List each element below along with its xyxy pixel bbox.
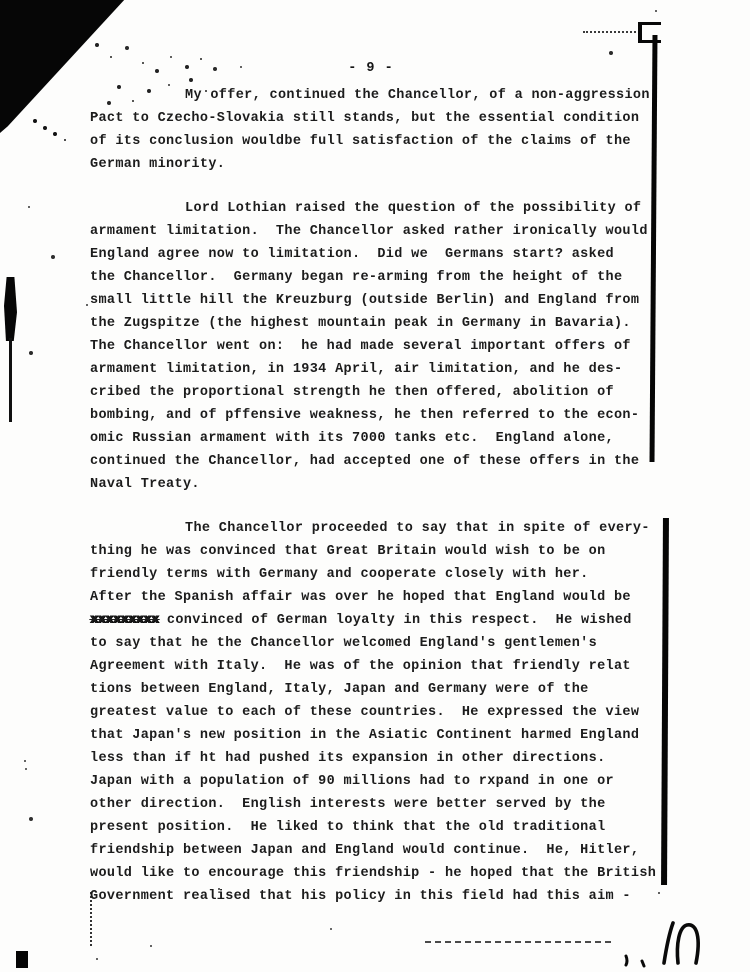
top-right-bracket-mark-icon [638,22,661,43]
document-body: My offer, continued the Chancellor, of a… [90,84,665,929]
paragraph-3-text-before: The Chancellor proceeded to say that in … [90,521,650,605]
bottom-dashed-horizontal-line [425,941,611,943]
paragraph-3: The Chancellor proceeded to say that in … [90,517,665,908]
left-edge-ink-streak-tail [9,338,12,422]
paragraph-1: My offer, continued the Chancellor, of a… [90,84,665,176]
paragraph-2: Lord Lothian raised the question of the … [90,197,665,496]
tick-mark-icon [642,961,644,966]
bottom-left-ink-mark [16,951,28,968]
page-number-header: - 9 - [90,60,652,78]
tick-mark-icon [626,956,627,965]
document-page: - 9 - My offer, continued the Chancellor… [0,0,750,972]
handwritten-page-number [612,916,712,970]
paragraph-3-text-after: convinced of German loyalty in this resp… [90,613,656,904]
handwritten-digit-0 [677,925,698,963]
left-edge-ink-streak [4,277,17,341]
handwritten-digit-1 [664,923,673,963]
scan-speckles [0,0,2,2]
typed-over-redacted-word: xxxxxxxxx [90,613,158,628]
top-right-dotted-leader [583,31,636,33]
